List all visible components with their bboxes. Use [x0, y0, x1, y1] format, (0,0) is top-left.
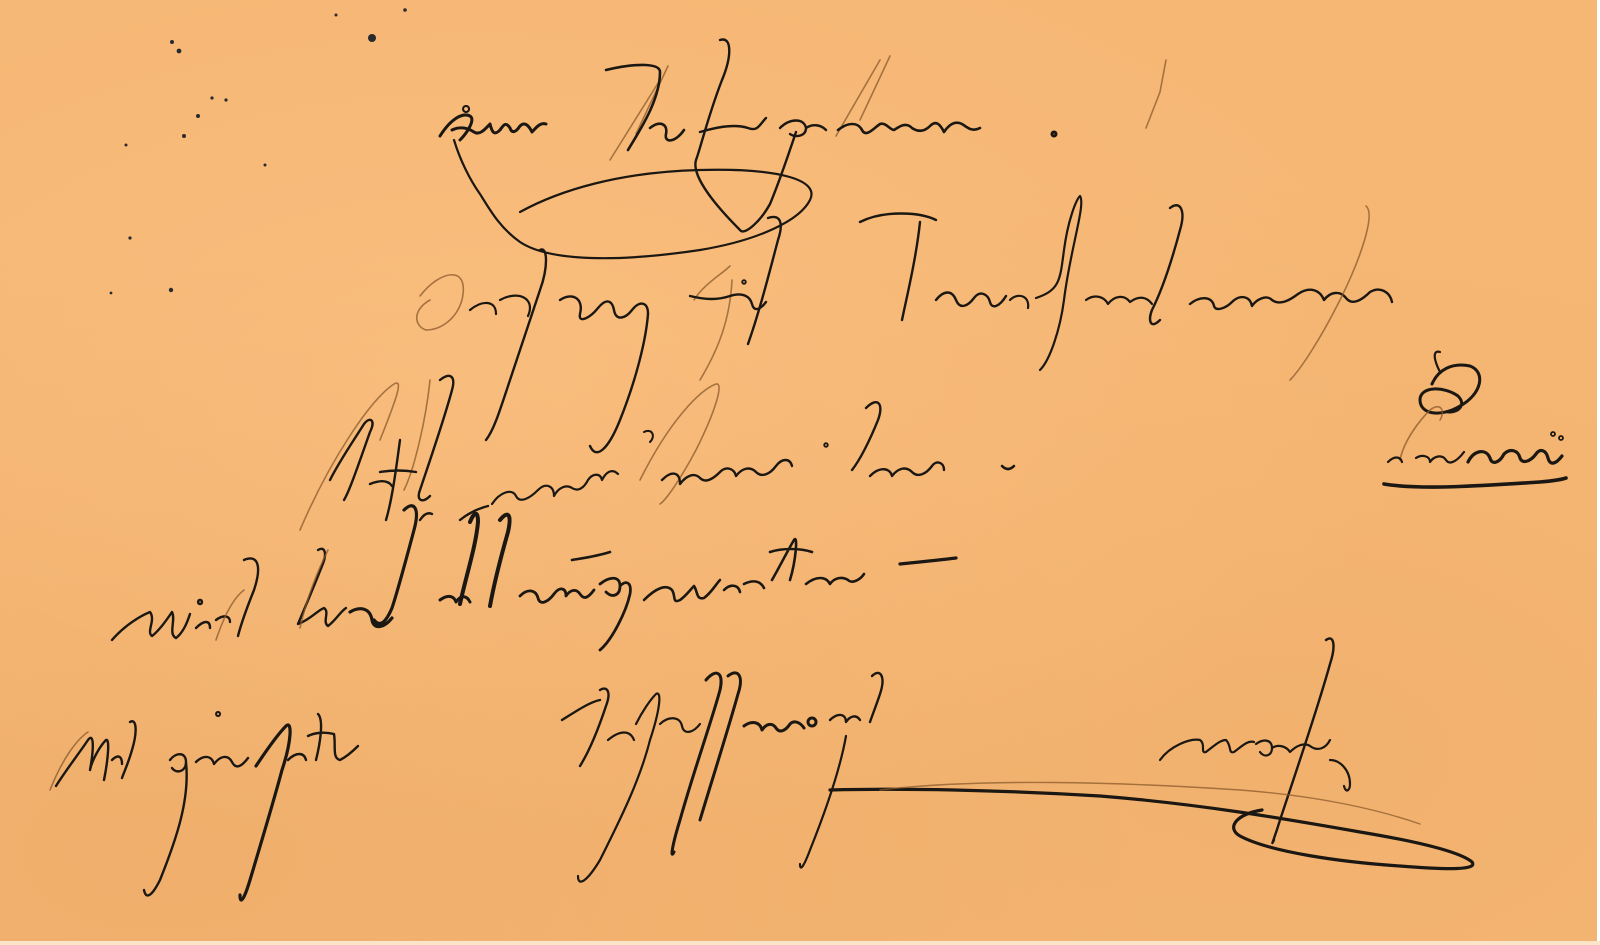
line-4-ink	[112, 506, 956, 650]
line-closing-ink	[50, 638, 1473, 900]
postmark-speckles	[110, 8, 407, 294]
postcard: Euer Wohlgeboren! Gefällig für Wirtschaf…	[0, 0, 1600, 945]
scan-edge-bottom	[0, 941, 1600, 945]
line-salutation-ink	[440, 39, 1166, 258]
signature-flourish	[830, 789, 1473, 868]
handwriting-strokes	[0, 0, 1600, 945]
underline-bureau	[1384, 478, 1566, 487]
line-2-ink	[417, 196, 1392, 452]
line-3-ink	[300, 352, 1566, 530]
